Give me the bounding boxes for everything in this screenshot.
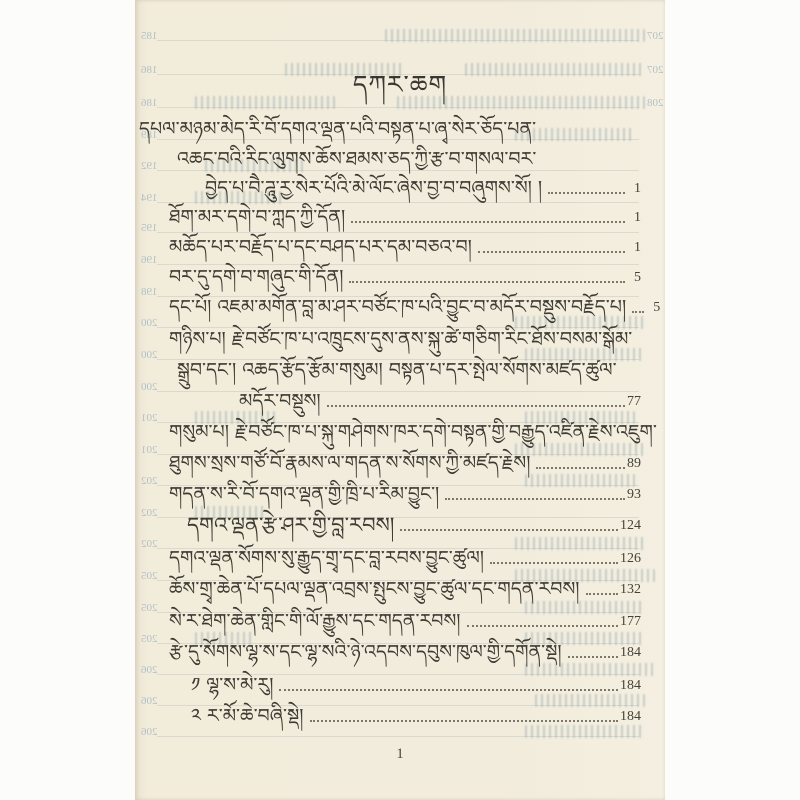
toc-entry-text: ༡ ལྷ་ས་མེ་རུ། (191, 674, 273, 696)
dotted-leader (490, 562, 618, 564)
toc-entry-text: གསུམ་པ། རྗེ་བཙོང་ཁ་པ་སྐུ་གཤེགས་ཁར་དགེ་བས… (169, 421, 657, 443)
toc-page-number: 184 (620, 675, 641, 697)
toc-entry-text: གདན་ས་རི་བོ་དགའ་ལྡན་གྱི་ཁྲི་པ་རིམ་བྱུང་། (169, 483, 439, 505)
toc-row: ཐོག་མར་དགེ་བ་ཀླད་ཀྱི་དོན།1 (169, 206, 641, 228)
toc-row: སྒྲུབ་དང་། འཆད་རྩོད་རྩོམ་གསུམ། བསྟན་པ་དར… (177, 359, 641, 381)
toc-entry-text: སེ་ར་ཐེག་ཆེན་གླིང་གི་ལོ་རྒྱུས་དང་གདན་རབས… (169, 610, 461, 632)
folio-page-number: 1 (135, 746, 665, 763)
dotted-leader (349, 281, 625, 283)
toc-page-number: 1 (627, 237, 641, 259)
dotted-leader (467, 625, 619, 627)
toc-page-number: 89 (627, 453, 641, 475)
toc-entry-text: རྩེ་དུ་སོགས་ལྷ་ས་དང་ལྷ་སའི་ཉེ་འདབས་དབུས་… (169, 641, 562, 663)
dotted-leader (310, 720, 619, 722)
toc-row: མཆོད་པར་བརྗོད་པ་དང་བཤད་པར་དམ་བཅའ་བ།1 (169, 236, 641, 258)
toc-row: དགའ་ལྡན་སོགས་སུ་རྒྱུད་གྲྭ་དང་བླ་རབས་བྱུང… (169, 547, 641, 569)
dotted-leader (400, 529, 618, 531)
dotted-leader (351, 221, 625, 223)
toc-page-number: 1 (627, 207, 641, 229)
toc-row: ༡ ལྷ་ས་མེ་རུ།184 (191, 674, 641, 696)
toc-entry-text: མཆོད་པར་བརྗོད་པ་དང་བཤད་པར་དམ་བཅའ་བ། (169, 236, 472, 258)
toc-row: ༢ ར་མོ་ཆེ་བཞི་སྡེ།184 (191, 705, 641, 727)
toc-row: ཆོས་གྲྭ་ཆེན་པོ་དཔལ་ལྡན་འབྲས་སྤུངས་བྱུང་ཚ… (169, 578, 641, 600)
toc-page-number: 77 (627, 391, 641, 413)
toc-entry-text: དགའ་ལྡན་རྩེ་ཤར་གྱི་བླ་རབས། (187, 514, 394, 536)
toc-entry-text: དཔལ་མཉམ་མེད་རི་བོ་དགའ་ལྡན་པའི་བསྟན་པ་ཞྭ་… (139, 118, 536, 140)
toc-entry-text: ཐུགས་སྲས་གཙོ་བོ་རྣམས་ལ་གདན་ས་སོགས་ཀྱི་མཛ… (169, 452, 530, 474)
toc-entry-text: ཐོག་མར་དགེ་བ་ཀླད་ཀྱི་དོན། (169, 206, 345, 228)
toc-entry-text: ༢ ར་མོ་ཆེ་བཞི་སྡེ། (191, 705, 304, 727)
screenshot-root: { "page": { "heading": "དཀར་ཆག", "folio_… (0, 0, 800, 800)
toc-page-number: 177 (620, 611, 641, 633)
toc-page-number: 132 (620, 579, 641, 601)
toc-entry-text: བྱེད་པ་བཻ་ཌཱུ་རྱ་སེར་པོའི་མེ་ལོང་ཞེས་བྱ་… (205, 177, 542, 199)
toc-entry-text: འཆང་བའི་རིང་ལུགས་ཆོས་ཐམས་ཅད་ཀྱི་རྩ་བ་གསལ… (177, 148, 536, 170)
dotted-leader (586, 593, 618, 595)
dotted-leader (445, 498, 625, 500)
toc-page-number: 126 (620, 548, 641, 570)
dotted-leader (568, 656, 618, 658)
toc-row: བར་དུ་དགེ་བ་གཞུང་གི་དོན།5 (169, 266, 641, 288)
toc-entry-text: བར་དུ་དགེ་བ་གཞུང་གི་དོན། (169, 266, 343, 288)
toc-row: མདོར་བསྡུས།77 (239, 390, 641, 412)
dotted-leader (548, 192, 625, 194)
scanned-page: 1852071862071862081891921941951961982002… (135, 0, 665, 800)
toc-row: གདན་ས་རི་བོ་དགའ་ལྡན་གྱི་ཁྲི་པ་རིམ་བྱུང་།… (169, 483, 641, 505)
toc-page-number: 184 (620, 642, 641, 664)
dotted-leader (632, 311, 644, 313)
toc-entry-text: ཆོས་གྲྭ་ཆེན་པོ་དཔལ་ལྡན་འབྲས་སྤུངས་བྱུང་ཚ… (169, 578, 580, 600)
toc-row: གཉིས་པ། རྗེ་བཙོང་ཁ་པ་འཁྲུངས་དུས་ནས་སྐུ་ཚ… (169, 328, 641, 350)
toc-row: བྱེད་པ་བཻ་ཌཱུ་རྱ་སེར་པོའི་མེ་ལོང་ཞེས་བྱ་… (205, 177, 641, 199)
dotted-leader (536, 467, 625, 469)
toc-page-number: 184 (620, 706, 641, 728)
toc-row: རྩེ་དུ་སོགས་ལྷ་ས་དང་ལྷ་སའི་ཉེ་འདབས་དབུས་… (169, 641, 641, 663)
toc-row: དགའ་ལྡན་རྩེ་ཤར་གྱི་བླ་རབས།124 (187, 514, 641, 536)
toc-row: དཔལ་མཉམ་མེད་རི་བོ་དགའ་ལྡན་པའི་བསྟན་པ་ཞྭ་… (139, 118, 641, 140)
toc-page-number: 1 (627, 178, 641, 200)
toc-row: ཐུགས་སྲས་གཙོ་བོ་རྣམས་ལ་གདན་ས་སོགས་ཀྱི་མཛ… (169, 452, 641, 474)
toc-page-number: 93 (627, 484, 641, 506)
toc-entry-text: སྒྲུབ་དང་། འཆད་རྩོད་རྩོམ་གསུམ། བསྟན་པ་དར… (177, 359, 617, 381)
toc-page-number: 124 (620, 515, 641, 537)
toc-row: སེ་ར་ཐེག་ཆེན་གླིང་གི་ལོ་རྒྱུས་དང་གདན་རབས… (169, 610, 641, 632)
toc-content: དཀར་ཆག དཔལ་མཉམ་མེད་རི་བོ་དགའ་ལྡན་པའི་བསྟ… (135, 0, 665, 800)
toc-page-number: 5 (646, 297, 660, 319)
toc-entry-text: གཉིས་པ། རྗེ་བཙོང་ཁ་པ་འཁྲུངས་དུས་ནས་སྐུ་ཚ… (169, 328, 632, 350)
toc-page-number: 5 (627, 267, 641, 289)
toc-row: དང་པོ། འཇམ་མགོན་བླ་མ་ཤར་བཙོང་ཁ་པའི་བྱུང་… (169, 296, 641, 318)
toc-row: གསུམ་པ། རྗེ་བཙོང་ཁ་པ་སྐུ་གཤེགས་ཁར་དགེ་བས… (169, 421, 641, 443)
toc-heading: དཀར་ཆག (135, 56, 665, 127)
toc-entry-text: དགའ་ལྡན་སོགས་སུ་རྒྱུད་གྲྭ་དང་བླ་རབས་བྱུང… (169, 547, 484, 569)
dotted-leader (478, 251, 625, 253)
dotted-leader (279, 689, 618, 691)
toc-row: འཆང་བའི་རིང་ལུགས་ཆོས་ཐམས་ཅད་ཀྱི་རྩ་བ་གསལ… (177, 148, 641, 170)
toc-entry-text: དང་པོ། འཇམ་མགོན་བླ་མ་ཤར་བཙོང་ཁ་པའི་བྱུང་… (169, 296, 626, 318)
dotted-leader (327, 405, 625, 407)
toc-entry-text: མདོར་བསྡུས། (239, 390, 321, 412)
